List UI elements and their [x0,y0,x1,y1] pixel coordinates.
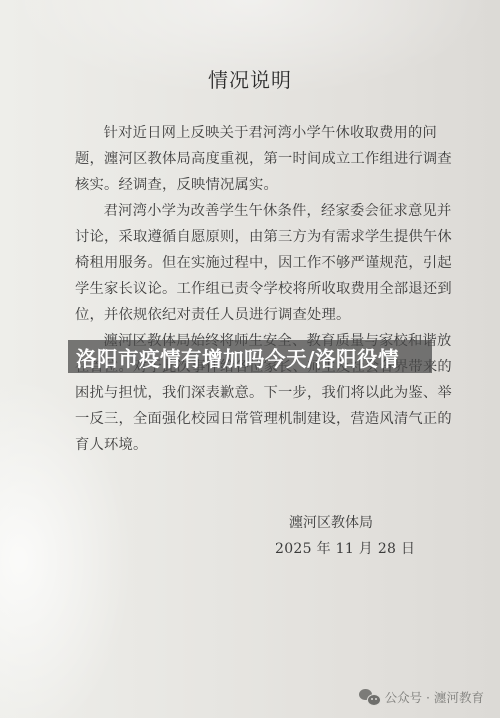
paragraph-line: 讨论，采取遵循自愿原则，由第三方为有需求学生提供午休 [75,224,431,250]
signature-block: 瀍河区教体局 2025 年 11 月 28 日 [275,510,415,562]
document-body: 针对近日网上反映关于君河湾小学午休收取费用的问 题，瀍河区教体局高度重视，第一时… [75,120,431,458]
signature-organization: 瀍河区教体局 [275,510,415,536]
overlay-headline-text: 洛阳市疫情有增加吗今天/洛阳役情 [76,342,399,372]
paragraph-line: 君河湾小学为改善学生午休条件，经家委会征求意见并 [75,198,431,224]
paragraph-2: 君河湾小学为改善学生午休条件，经家委会征求意见并 讨论，采取遵循自愿原则，由第三… [75,198,431,328]
paragraph-line: 位，并依规依纪对责任人员进行调查处理。 [75,302,431,328]
watermark-text: 公众号 · 瀍河教育 [385,688,484,706]
document-title: 情况说明 [0,64,500,93]
source-watermark: 公众号 · 瀍河教育 [359,688,484,706]
paragraph-line: 针对近日网上反映关于君河湾小学午休收取费用的问 [75,120,431,146]
paragraph-line: 育人环境。 [75,432,431,458]
signature-date: 2025 年 11 月 28 日 [275,536,415,562]
paragraph-line: 题，瀍河区教体局高度重视，第一时间成立工作组进行调查 [75,146,431,172]
paragraph-line: 学生家长议论。工作组已责令学校将所收取费用全部退还到 [75,276,431,302]
wechat-icon [359,689,381,705]
paragraph-line: 一反三，全面强化校园日常管理机制建设，营造风清气正的 [75,406,431,432]
overlay-headline-banner: 洛阳市疫情有增加吗今天/洛阳役情 [68,340,432,373]
paragraph-line: 核实。经调查，反映情况属实。 [75,172,431,198]
paragraph-line: 椅租用服务。但在实施过程中，因工作不够严谨规范，引起 [75,250,431,276]
paragraph-1: 针对近日网上反映关于君河湾小学午休收取费用的问 题，瀍河区教体局高度重视，第一时… [75,120,431,198]
paragraph-line: 困扰与担忧，我们深表歉意。下一步，我们将以此为鉴、举 [75,380,431,406]
